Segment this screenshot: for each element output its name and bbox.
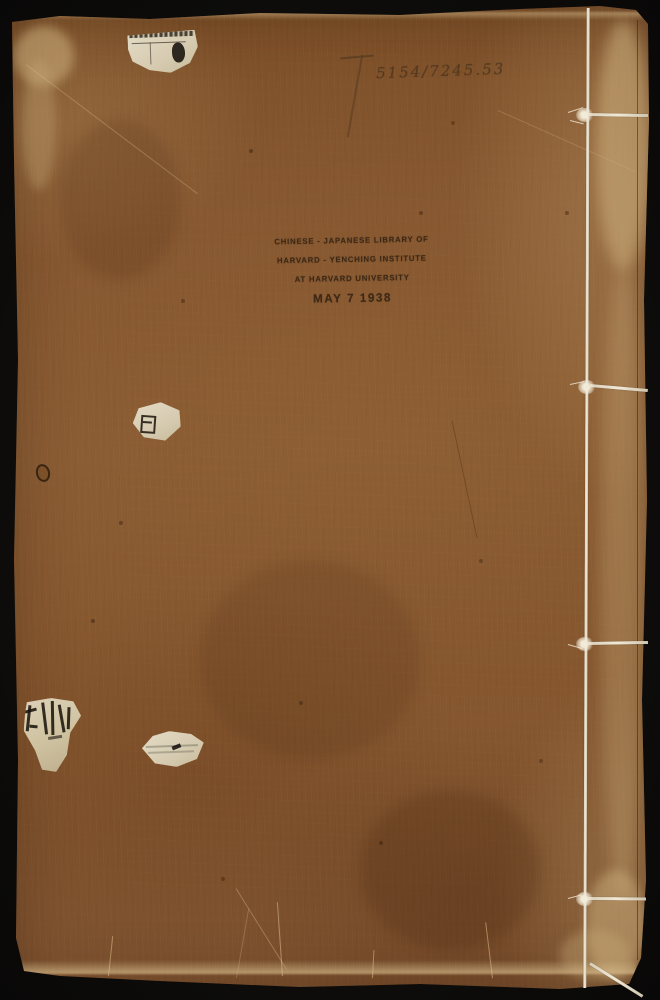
character-stroke	[51, 701, 55, 735]
character-stroke	[25, 708, 37, 714]
edge-wear-top	[14, 12, 644, 20]
edge-wear-right	[600, 260, 646, 900]
library-stamp: CHINESE - JAPANESE LIBRARY OF HARVARD - …	[251, 229, 452, 308]
stain-bottom-right	[360, 790, 540, 950]
stain-top-left	[60, 120, 180, 280]
label-character-fragment	[172, 42, 186, 62]
stamp-date-line: MAY 7 1938	[255, 287, 449, 308]
dirt-specks	[0, 0, 2, 2]
character-stroke	[48, 735, 62, 740]
thread-knot-1	[576, 108, 594, 122]
spine-fold-line	[637, 20, 638, 960]
edge-wear-top-right	[596, 20, 650, 270]
character-stroke	[29, 725, 37, 729]
photo-background: CHINESE - JAPANESE LIBRARY OF HARVARD - …	[0, 0, 660, 1000]
character-stroke	[58, 704, 66, 732]
binding-stitch-4	[588, 897, 646, 901]
smudge-line	[148, 750, 194, 754]
label-character-fragment	[140, 415, 156, 434]
edge-wear-left-top	[22, 60, 56, 190]
stain-center	[200, 560, 420, 760]
stamp-line-3: AT HARVARD UNIVERSITY	[255, 267, 449, 289]
label-rule-line	[150, 42, 152, 64]
thread-knot-3	[576, 637, 594, 651]
character-stroke	[67, 707, 71, 729]
book-cover: CHINESE - JAPANESE LIBRARY OF HARVARD - …	[0, 0, 660, 1000]
character-stroke	[41, 702, 48, 734]
